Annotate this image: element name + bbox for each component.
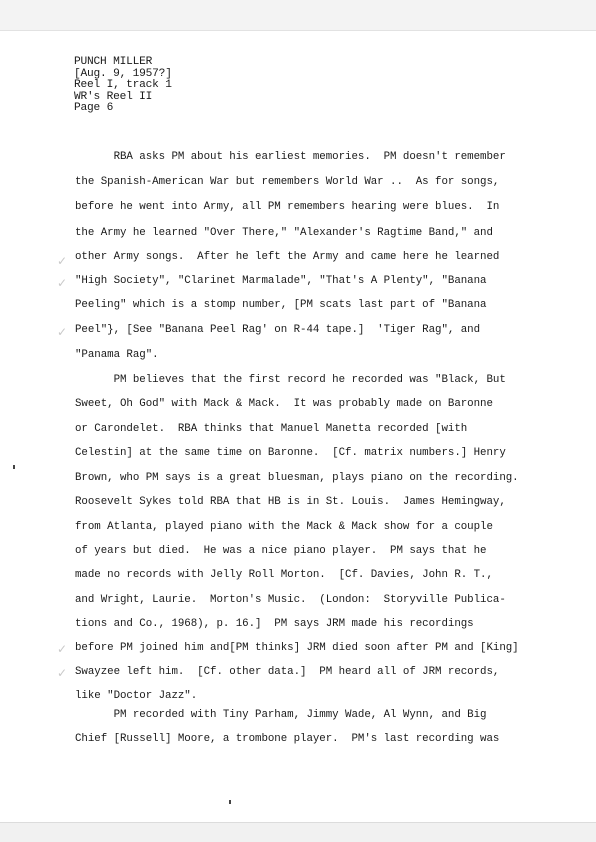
header-reel-track: Reel I, track 1 [74, 80, 172, 92]
text-line: Peeling" which is a stomp number, [PM sc… [75, 298, 486, 312]
scan-top-band [0, 0, 596, 31]
header-title: PUNCH MILLER [74, 57, 172, 69]
text-line: RBA asks PM about his earliest memories.… [75, 150, 506, 164]
stray-ink-mark [229, 800, 231, 804]
text-line: the Spanish-American War but remembers W… [75, 175, 499, 189]
document-header: PUNCH MILLER [Aug. 9, 1957?] Reel I, tra… [74, 57, 172, 115]
text-line: made no records with Jelly Roll Morton. … [75, 568, 493, 582]
text-line: like "Doctor Jazz". [75, 689, 197, 703]
margin-checkmark-icon: ✓ [57, 667, 67, 679]
margin-checkmark-icon: ✓ [57, 277, 67, 289]
margin-checkmark-icon: ✓ [57, 643, 67, 655]
text-line: before PM joined him and[PM thinks] JRM … [75, 641, 519, 655]
stray-ink-mark [13, 465, 15, 469]
text-line: before he went into Army, all PM remembe… [75, 200, 499, 214]
text-line: or Carondelet. RBA thinks that Manuel Ma… [75, 422, 467, 436]
text-line: Sweet, Oh God" with Mack & Mack. It was … [75, 397, 493, 411]
margin-checkmark-icon: ✓ [57, 255, 67, 267]
text-line: Roosevelt Sykes told RBA that HB is in S… [75, 495, 506, 509]
text-line: of years but died. He was a nice piano p… [75, 544, 486, 558]
text-line: Chief [Russell] Moore, a trombone player… [75, 732, 499, 746]
header-page-number: Page 6 [74, 103, 172, 115]
margin-checkmark-icon: ✓ [57, 326, 67, 338]
text-line: other Army songs. After he left the Army… [75, 250, 499, 264]
text-line: Celestin] at the same time on Baronne. [… [75, 446, 506, 460]
text-line: Swayzee left him. [Cf. other data.] PM h… [75, 665, 499, 679]
text-line: PM believes that the first record he rec… [75, 373, 506, 387]
text-line: the Army he learned "Over There," "Alexa… [75, 226, 493, 240]
scan-bottom-band [0, 822, 596, 842]
text-line: PM recorded with Tiny Parham, Jimmy Wade… [75, 708, 486, 722]
text-line: from Atlanta, played piano with the Mack… [75, 520, 493, 534]
text-line: Brown, who PM says is a great bluesman, … [75, 471, 519, 485]
text-line: "Panama Rag". [75, 348, 159, 362]
text-line: Peel"}, [See "Banana Peel Rag' on R-44 t… [75, 323, 480, 337]
text-line: tions and Co., 1968), p. 16.] PM says JR… [75, 617, 474, 631]
text-line: and Wright, Laurie. Morton's Music. (Lon… [75, 593, 506, 607]
text-line: "High Society", "Clarinet Marmalade", "T… [75, 274, 486, 288]
